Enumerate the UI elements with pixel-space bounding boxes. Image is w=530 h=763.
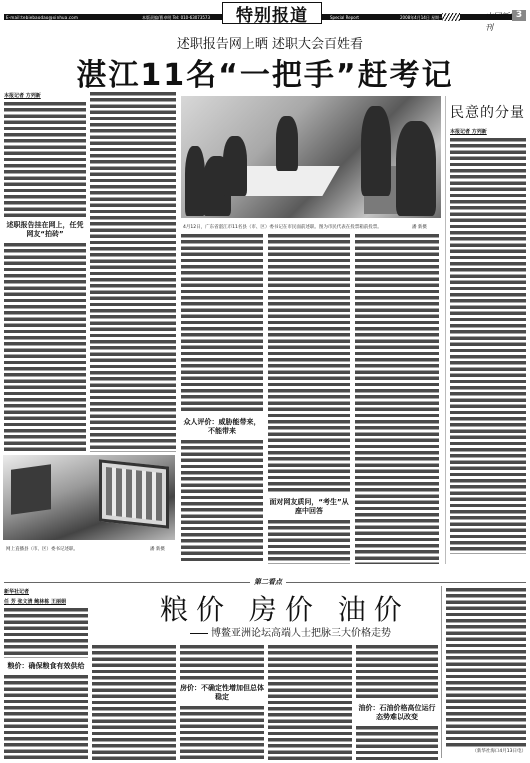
section2-column-2 [92, 645, 176, 760]
section2-label: 第二看点 [250, 577, 286, 587]
body-text-block [356, 726, 438, 760]
section2-column-1: 新华社记者 任 芳 张文清 鲍林栋 王丽娟 粮价：确保粮食有效供给 [4, 588, 88, 760]
section2-byline: 任 芳 张文清 鲍林栋 王丽娟 [4, 598, 88, 605]
body-text-block [180, 706, 264, 760]
body-text-block [92, 645, 176, 760]
photo-online-broadcast [3, 455, 175, 540]
body-text-block [356, 645, 438, 700]
body-text-block [355, 234, 439, 564]
lead-headline: 湛江11名“一把手”赶考记 [0, 50, 530, 94]
body-text-block [446, 588, 526, 748]
section2-footer: （新华社海口4月13日电） [446, 748, 526, 754]
body-text-block [268, 520, 350, 564]
lead-column-4: 面对网友质问，“考生”从座中回答 [268, 234, 350, 564]
body-text-block [181, 440, 263, 564]
photo-left-credit: 潘 新摄 [150, 546, 165, 552]
section2-subhead-1: 粮价：确保粮食有效供给 [4, 662, 88, 671]
body-text-block [450, 138, 526, 554]
section2-subhead: 博鳌亚洲论坛高端人士把脉三大价格走势 [190, 624, 391, 639]
column-divider [441, 586, 442, 758]
issue-date: 2008年4月14日 星期一 [400, 15, 443, 21]
lead-column-5 [355, 234, 439, 564]
photo-left-caption: 网上直播县（市、区）委书记述职。 [6, 546, 78, 552]
body-text-block [180, 645, 264, 680]
lead-subhead-3: 面对网友质问，“考生”从座中回答 [268, 498, 350, 516]
section-title: 特别报道 [236, 1, 308, 26]
body-text-block [268, 234, 350, 494]
section2-headline: 粮价 房价 油价 [160, 588, 410, 628]
photo-main-credit: 潘 新摄 [412, 224, 427, 230]
photo-main-caption: 4月12日，广东省湛江市11名县（市、区）委书记在市民面前述职。图为市民代表在投… [183, 224, 393, 230]
section2-subhead-3: 油价：石油价格高位运行态势难以改变 [356, 704, 438, 722]
body-text-block [4, 102, 86, 217]
section-title-box: 特别报道 [222, 2, 322, 24]
body-text-block [268, 645, 352, 760]
body-text-block [4, 243, 86, 452]
section2-column-6: （新华社海口4月13日电） [446, 588, 526, 760]
section2-column-3: 房价：不确定性增加但总体稳定 [180, 645, 264, 760]
lead-column-2 [90, 92, 176, 452]
photo-voting-scene [181, 96, 441, 218]
body-text-block [90, 92, 176, 452]
body-text-block [4, 608, 88, 658]
page-number: 3 [512, 10, 526, 21]
masthead-email: E-mail:tebiebaodao@xinhua.com [6, 15, 78, 20]
laptop-screen-image [99, 459, 169, 528]
body-text-block [181, 234, 263, 414]
laptop-image [11, 464, 51, 515]
section-title-en: Special Report [330, 15, 359, 20]
section2-column-5: 油价：石油价格高位运行态势难以改变 [356, 645, 438, 760]
section2-column-4 [268, 645, 352, 760]
lead-subhead-2: 众人评价：威胁能带来，不能带来 [181, 418, 263, 436]
section2-subhead-2: 房价：不确定性增加但总体稳定 [180, 684, 264, 702]
lead-column-3: 众人评价：威胁能带来，不能带来 [181, 234, 263, 564]
opinion-column: 本报记者 方列新 [450, 128, 526, 564]
opinion-byline: 本报记者 方列新 [450, 128, 526, 135]
column-divider [445, 96, 446, 564]
section2-agency: 新华社记者 [4, 588, 88, 595]
lead-column-1: 本报记者 方列新 述职报告挂在网上，任凭网友“拍砖” [4, 92, 86, 452]
lead-byline: 本报记者 方列新 [4, 92, 86, 99]
body-text-block [4, 675, 88, 760]
lead-subhead-1: 述职报告挂在网上，任凭网友“拍砖” [4, 221, 86, 239]
decorative-stripes-icon [442, 13, 460, 21]
masthead-contact: 本版责编/曹卓明 Tel: 010-63073573 [142, 15, 210, 21]
opinion-title: 民意的分量 [450, 102, 525, 122]
